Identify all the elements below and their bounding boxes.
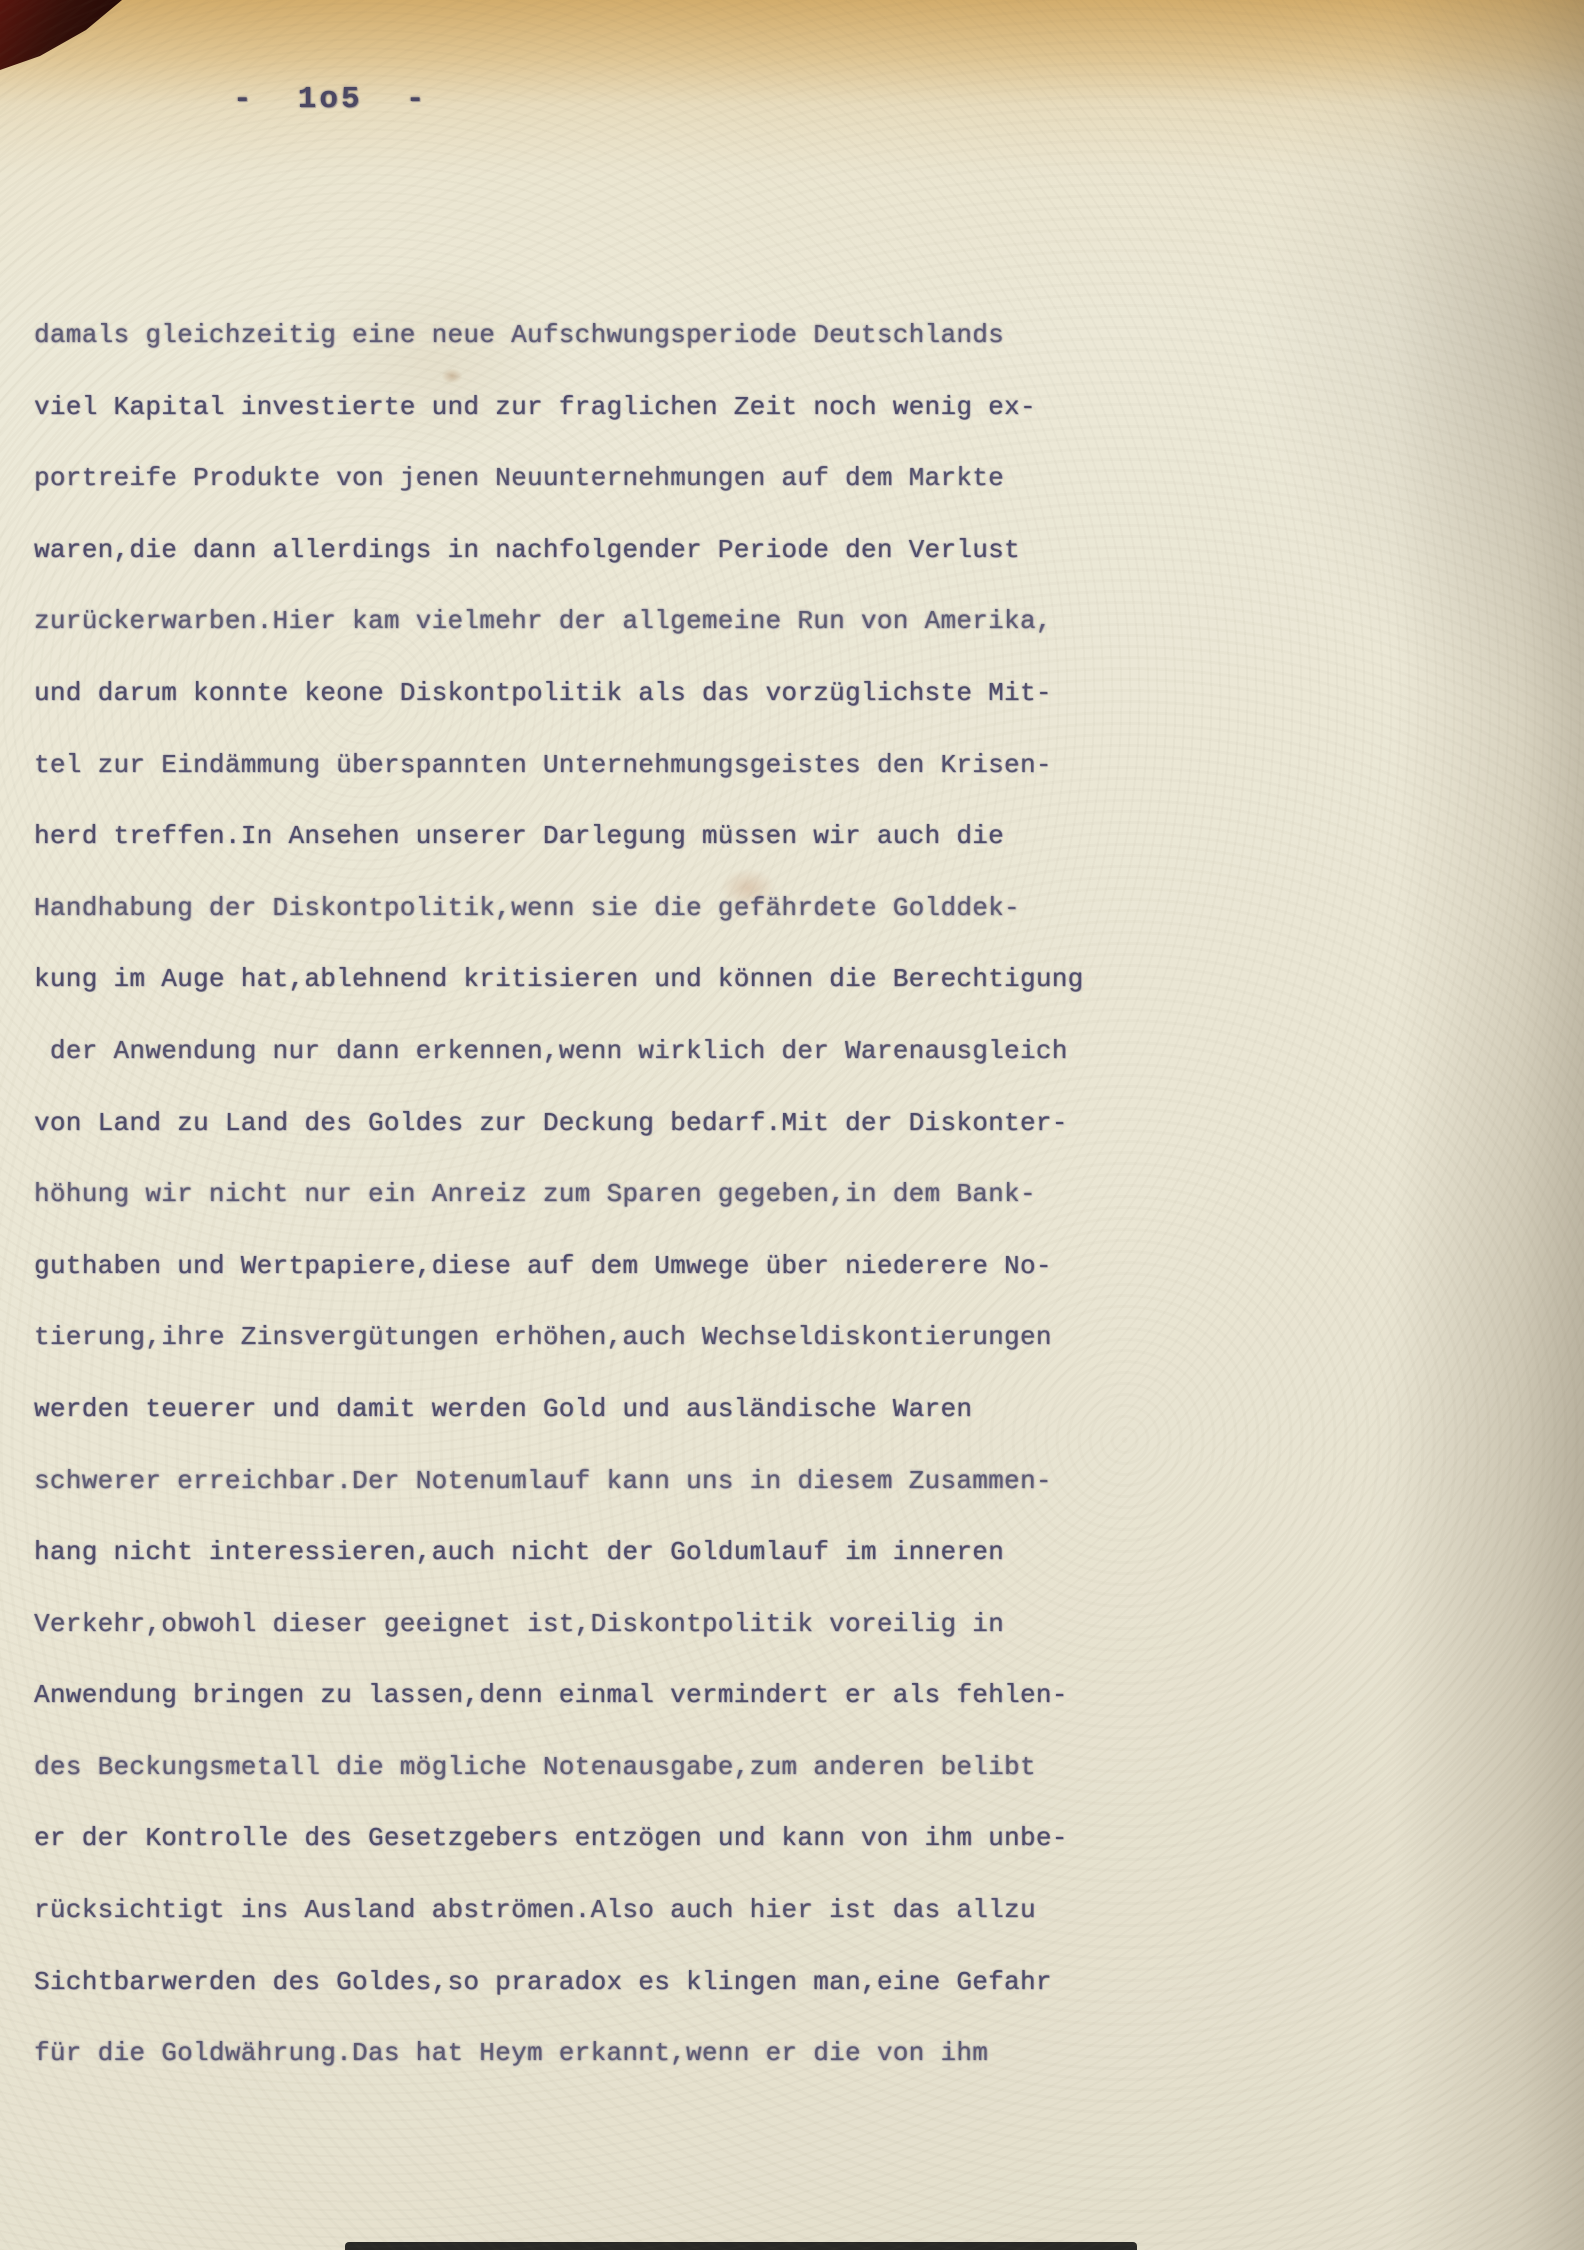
text-line: guthaben und Wertpapiere,diese auf dem U… bbox=[34, 1231, 1134, 1303]
text-line: hang nicht interessieren,auch nicht der … bbox=[34, 1517, 1134, 1589]
text-line: schwerer erreichbar.Der Notenumlauf kann… bbox=[34, 1446, 1134, 1518]
text-line: Handhabung der Diskontpolitik,wenn sie d… bbox=[34, 873, 1134, 945]
text-line: werden teuerer und damit werden Gold und… bbox=[34, 1374, 1134, 1446]
text-line: viel Kapital investierte und zur fraglic… bbox=[34, 372, 1134, 444]
typewritten-text-block: damals gleichzeitig eine neue Aufschwung… bbox=[34, 300, 1134, 2090]
text-line: höhung wir nicht nur ein Anreiz zum Spar… bbox=[34, 1159, 1134, 1231]
text-line: herd treffen.In Ansehen unserer Darlegun… bbox=[34, 801, 1134, 873]
text-line: und darum konnte keone Diskontpolitik al… bbox=[34, 658, 1134, 730]
text-line: Sichtbarwerden des Goldes,so praradox es… bbox=[34, 1947, 1134, 2019]
text-line: waren,die dann allerdings in nachfolgend… bbox=[34, 515, 1134, 587]
scanned-document-page: - 1o5 - damals gleichzeitig eine neue Au… bbox=[0, 0, 1584, 2250]
text-line: zurückerwarben.Hier kam vielmehr der all… bbox=[34, 586, 1134, 658]
text-line: rücksichtigt ins Ausland abströmen.Also … bbox=[34, 1875, 1134, 1947]
text-line: Verkehr,obwohl dieser geeignet ist,Disko… bbox=[34, 1589, 1134, 1661]
text-line: von Land zu Land des Goldes zur Deckung … bbox=[34, 1088, 1134, 1160]
text-line: kung im Auge hat,ablehnend kritisieren u… bbox=[34, 944, 1134, 1016]
bottom-edge-scan-mark bbox=[345, 2242, 1137, 2250]
text-line: tierung,ihre Zinsvergütungen erhöhen,auc… bbox=[34, 1302, 1134, 1374]
binding-corner-mark bbox=[0, 0, 122, 72]
text-line: Anwendung bringen zu lassen,denn einmal … bbox=[34, 1660, 1134, 1732]
page-number: - 1o5 - bbox=[233, 82, 427, 117]
text-line: portreife Produkte von jenen Neuunterneh… bbox=[34, 443, 1134, 515]
text-line: für die Goldwährung.Das hat Heym erkannt… bbox=[34, 2018, 1134, 2090]
text-line: damals gleichzeitig eine neue Aufschwung… bbox=[34, 300, 1134, 372]
text-line: des Beckungsmetall die mögliche Notenaus… bbox=[34, 1732, 1134, 1804]
text-line: tel zur Eindämmung überspannten Unterneh… bbox=[34, 730, 1134, 802]
text-line: der Anwendung nur dann erkennen,wenn wir… bbox=[34, 1016, 1134, 1088]
text-line: er der Kontrolle des Gesetzgebers entzög… bbox=[34, 1803, 1134, 1875]
